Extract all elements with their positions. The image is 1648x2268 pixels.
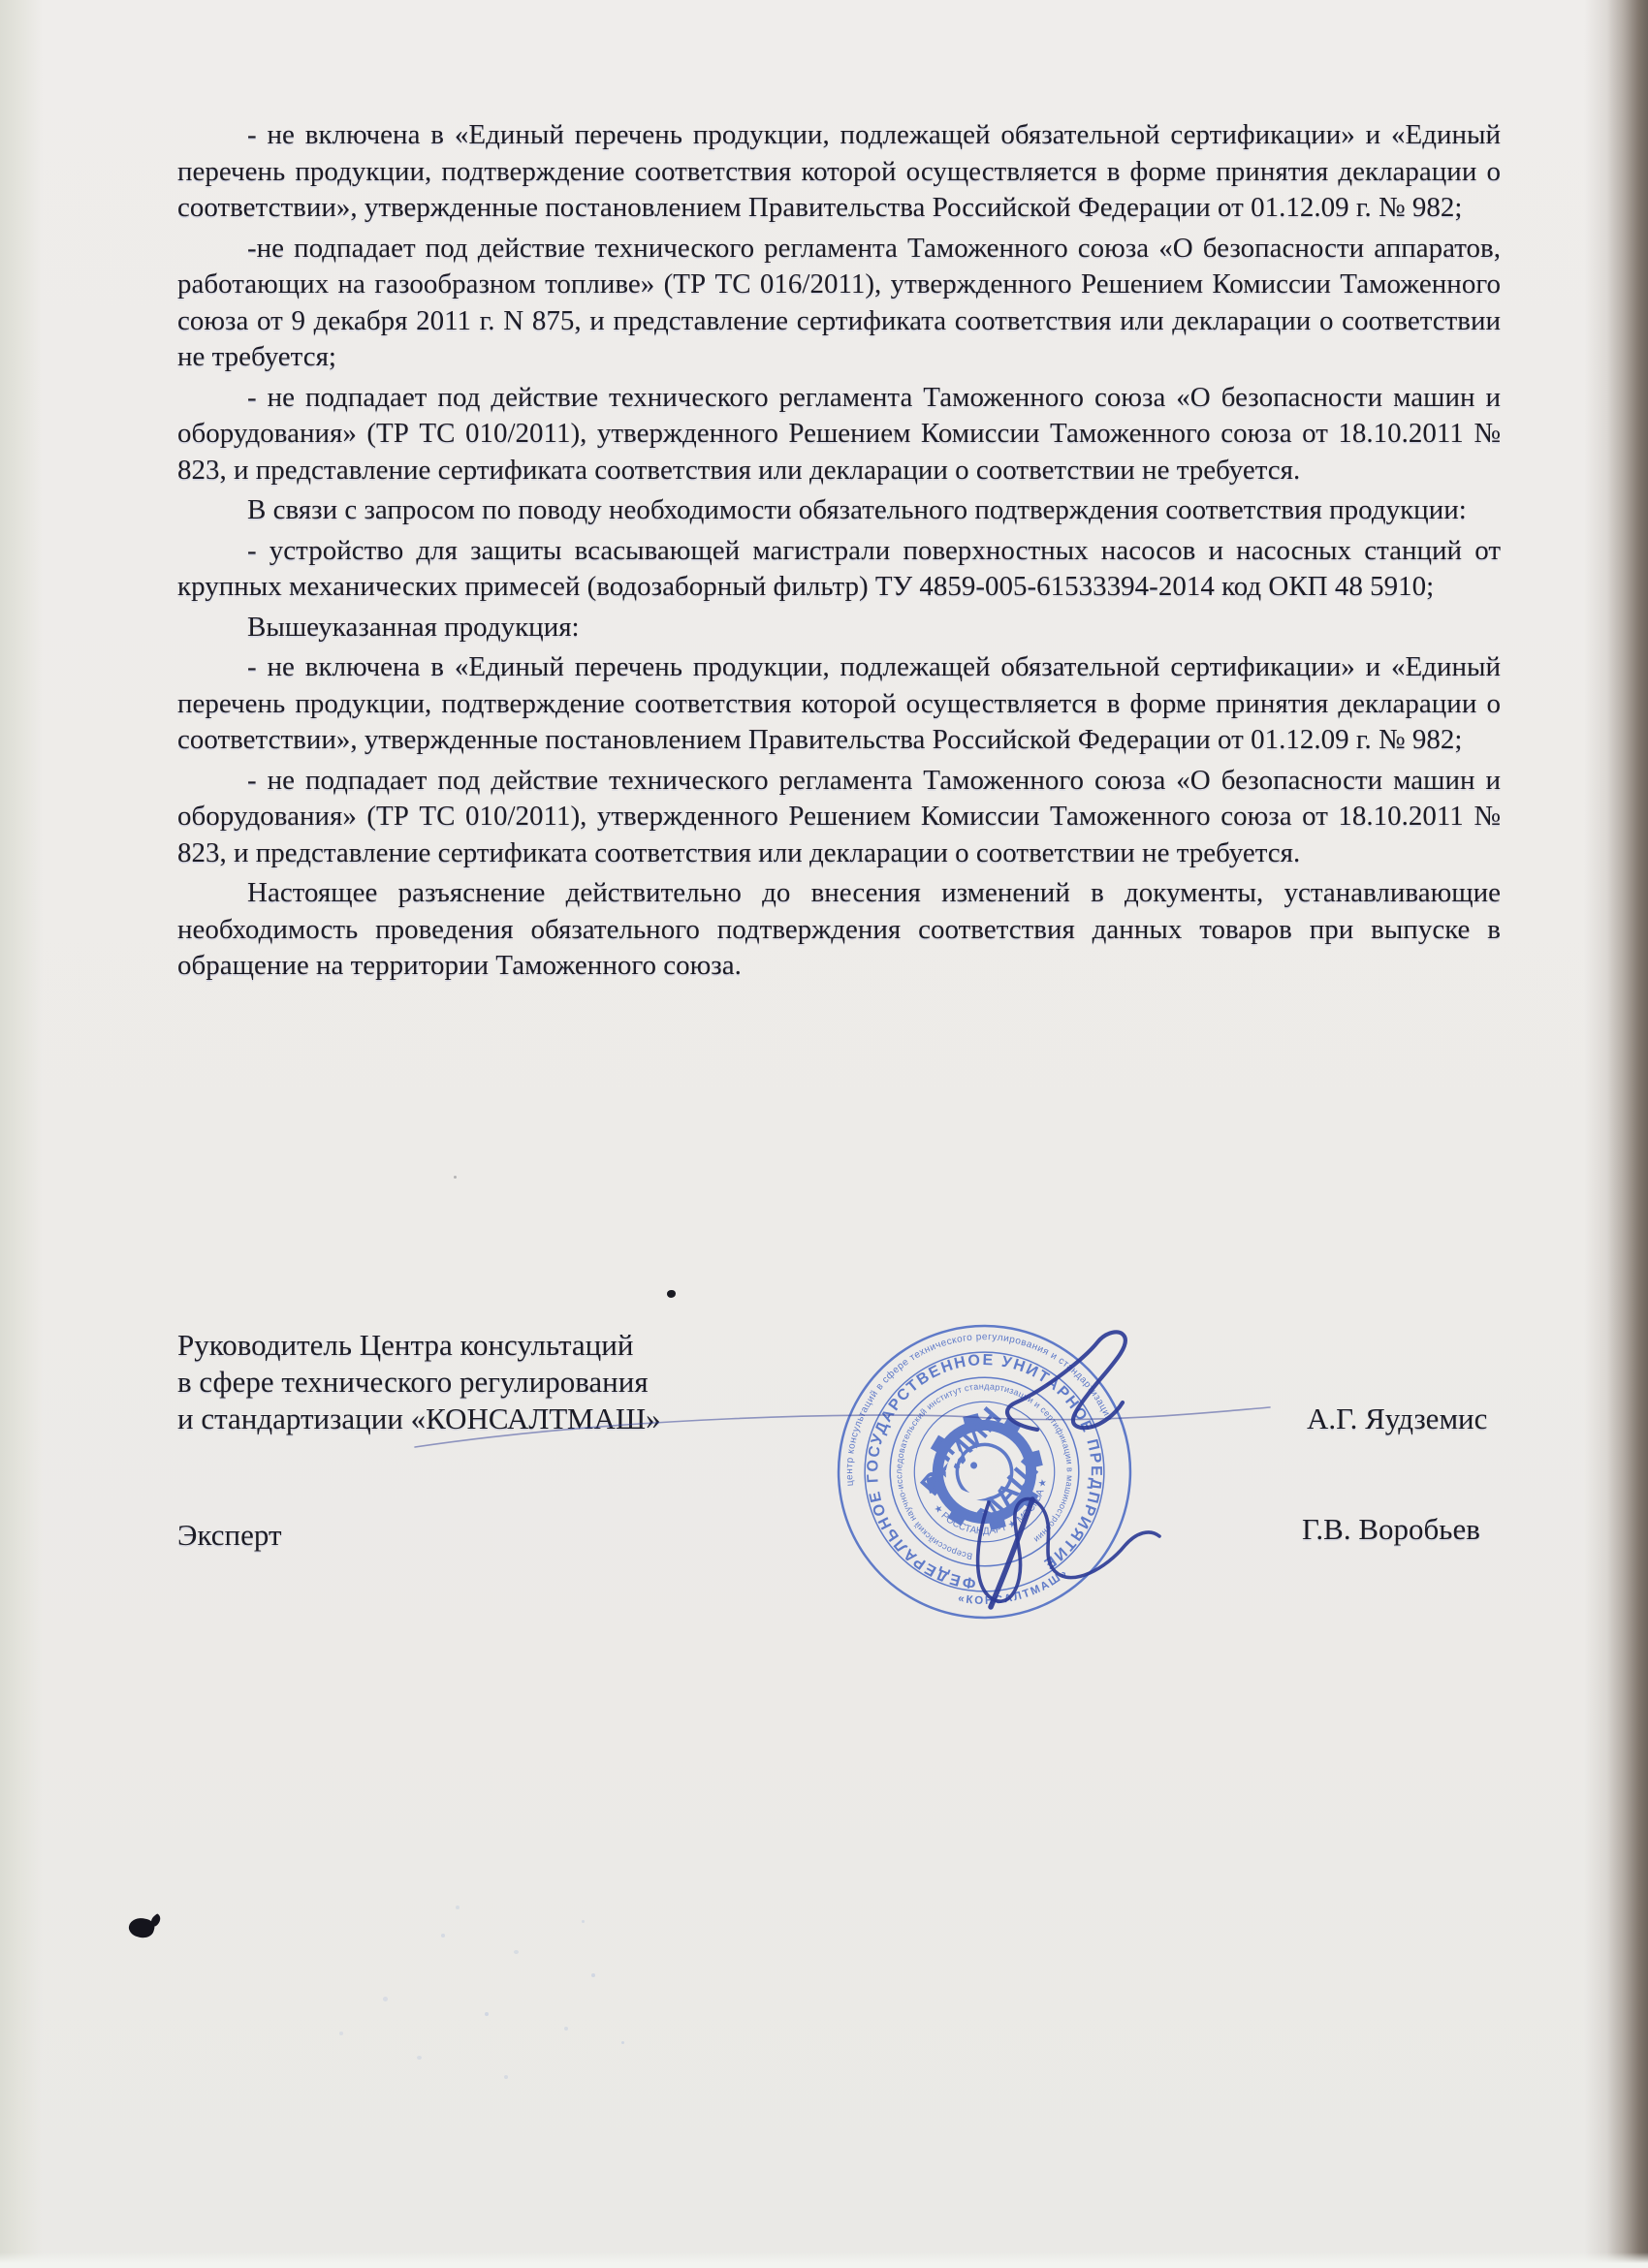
- scan-bottom-edge: [0, 2252, 1648, 2268]
- head-signature-stroke: [1007, 1332, 1125, 1430]
- expert-signature-slash: [991, 1499, 1032, 1607]
- body-paragraph-5: - устройство для защиты всасывающей маги…: [177, 533, 1501, 606]
- blue-speck: [504, 2075, 508, 2079]
- blue-speck: [564, 2027, 568, 2031]
- body-paragraph-3: - не подпадает под действие технического…: [177, 380, 1501, 489]
- body-paragraph-1: - не включена в «Единый перечень продукц…: [177, 117, 1501, 227]
- gray-speck: [1091, 250, 1095, 254]
- blue-speck: [485, 2012, 489, 2016]
- blue-speck: [383, 1997, 388, 2001]
- body-paragraph-8: - не подпадает под действие технического…: [177, 763, 1501, 872]
- blue-speck: [339, 2032, 343, 2035]
- expert-name: Г.В. Воробьев: [1302, 1512, 1480, 1547]
- head-name: А.Г. Яудземис: [1307, 1402, 1487, 1436]
- body-paragraph-6: Вышеуказанная продукция:: [177, 610, 1501, 646]
- blue-speck: [441, 1934, 445, 1937]
- scanned-document-page: - не включена в «Единый перечень продукц…: [0, 0, 1648, 2268]
- blue-speck: [456, 1906, 460, 1909]
- body-paragraph-9: Настоящее разъяснение действительно до в…: [177, 875, 1501, 985]
- signatures-overlay: [368, 1313, 1299, 1633]
- blue-speck: [417, 2056, 422, 2060]
- blue-speck: [591, 1973, 595, 1977]
- scan-right-edge-shadow: [1584, 0, 1648, 2268]
- body-paragraph-4: В связи с запросом по поводу необходимос…: [177, 492, 1501, 529]
- ink-blot: [127, 1915, 156, 1940]
- signatory-role-expert: Эксперт: [177, 1518, 282, 1553]
- ink-speck: [667, 1290, 676, 1298]
- gray-speck: [454, 1176, 457, 1179]
- scan-left-edge: [0, 0, 43, 2268]
- blue-speck: [621, 2041, 624, 2044]
- body-paragraph-2: -не подпадает под действие технического …: [177, 231, 1501, 376]
- blue-speck: [514, 1950, 519, 1954]
- blue-speck: [582, 1920, 585, 1923]
- head-signature-underline: [415, 1407, 1270, 1447]
- expert-signature-stroke: [978, 1499, 1159, 1602]
- document-body: - не включена в «Единый перечень продукц…: [177, 117, 1501, 989]
- body-paragraph-7: - не включена в «Единый перечень продукц…: [177, 649, 1501, 759]
